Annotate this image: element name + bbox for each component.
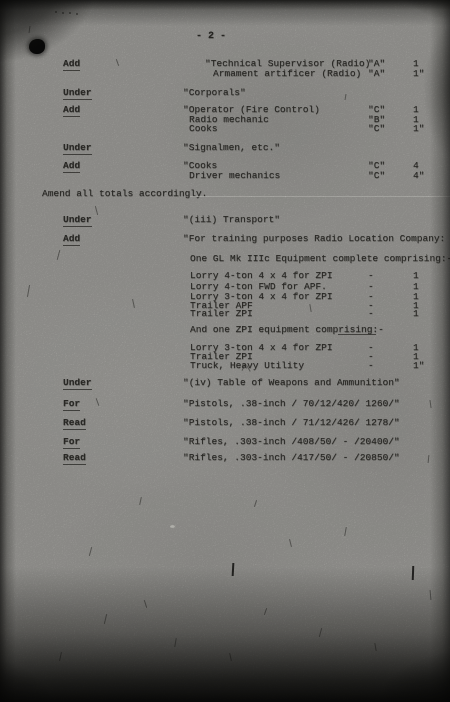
directive-label: Under <box>63 377 92 390</box>
doc-line: Under"Signalmen, etc." <box>0 142 450 154</box>
speck <box>62 12 64 14</box>
doc-line: Cooks"C"1" <box>0 123 450 135</box>
doc-line: Under"(iii) Transport" <box>0 214 450 226</box>
line-text: One GL Mk IIIc Equipment complete compri… <box>190 253 450 264</box>
line-text: Amend all totals accordingly. <box>42 188 207 199</box>
directive-label: For <box>63 398 80 411</box>
scratch-mark <box>139 497 142 505</box>
line-text: "Pistols, .38-inch / 71/12/426/ 1278/" <box>183 417 400 428</box>
dash: - <box>368 360 374 371</box>
directive-label: For <box>63 436 80 449</box>
scratch-mark <box>289 539 292 547</box>
directive-label: Read <box>63 452 86 465</box>
doc-line: Under"(iv) Table of Weapons and Ammuniti… <box>0 377 450 389</box>
doc-line: And one ZPI equipment comprising:- <box>0 324 450 336</box>
trade-grade: "C" <box>368 170 385 181</box>
line-text: Trailer ZPI <box>190 308 253 319</box>
doc-line: Under"Corporals" <box>0 87 450 99</box>
line-text: "Signalmen, etc." <box>183 142 280 153</box>
scanned-document-page: - 2 - Add"Technical Supervisor (Radio)"A… <box>0 0 450 702</box>
line-text: "Rifles, .303-inch /417/50/ - /20850/" <box>183 452 400 463</box>
directive-label: Under <box>63 214 92 227</box>
speck <box>55 11 57 13</box>
quantity: 1" <box>413 123 424 134</box>
scratch-mark <box>319 628 322 637</box>
quantity: 1" <box>413 360 424 371</box>
scratch-mark <box>59 652 62 661</box>
directive-label: Under <box>63 87 92 100</box>
line-text: "For training purposes Radio Location Co… <box>183 233 445 244</box>
speck <box>69 12 71 14</box>
doc-line: Read"Rifles, .303-inch /417/50/ - /20850… <box>0 452 450 464</box>
line-text: Driver mechanics <box>189 170 280 181</box>
doc-line: Amend all totals accordingly. <box>0 188 450 200</box>
scratch-mark <box>344 527 347 536</box>
doc-line: Trailer ZPI-1 <box>0 308 450 320</box>
doc-line: For"Pistols, .38-inch / 70/12/420/ 1260/… <box>0 398 450 410</box>
line-text: Truck, Heavy Utility <box>190 360 304 371</box>
doc-line: Driver mechanics"C"4" <box>0 170 450 182</box>
dash: - <box>368 308 374 319</box>
quantity: 1 <box>413 308 419 319</box>
ink-tick-mark <box>412 566 414 580</box>
doc-line: Read"Pistols, .38-inch / 71/12/426/ 1278… <box>0 417 450 429</box>
directive-label: Under <box>63 142 92 155</box>
scratch-mark <box>174 638 177 647</box>
doc-line: Add"For training purposes Radio Location… <box>0 233 450 245</box>
line-text: "(iii) Transport" <box>183 214 280 225</box>
scratch-mark <box>254 500 257 507</box>
ink-tick-mark <box>232 563 235 576</box>
scratch-mark <box>374 643 376 651</box>
directive-label: Read <box>63 417 86 430</box>
doc-line: Armament artificer (Radio)"A"1" <box>0 68 450 80</box>
trade-grade: "C" <box>368 123 385 134</box>
quantity: 4" <box>413 170 424 181</box>
line-text: "Pistols, .38-inch / 70/12/420/ 1260/" <box>183 398 400 409</box>
line-text: Lorry 4-ton 4 x 4 for ZPI <box>190 270 333 281</box>
doc-line: Truck, Heavy Utility-1" <box>0 360 450 372</box>
directive-label: Add <box>63 233 80 246</box>
doc-line: For"Rifles, .303-inch /408/50/ - /20400/… <box>0 436 450 448</box>
doc-line: One GL Mk IIIc Equipment complete compri… <box>0 253 450 265</box>
scratch-mark <box>264 608 267 615</box>
scratch-mark <box>144 600 147 608</box>
scratch-mark <box>229 653 232 661</box>
line-text: "Rifles, .303-inch /408/50/ - /20400/" <box>183 436 400 447</box>
line-text: And one ZPI equipment comprising:- <box>190 324 384 335</box>
trade-grade: "A" <box>368 68 385 79</box>
scratch-mark <box>104 614 107 624</box>
line-text: "(iv) Table of Weapons and Ammunition" <box>183 377 400 388</box>
line-text: "Corporals" <box>183 87 246 98</box>
scratch-mark <box>29 26 31 33</box>
speck <box>76 13 78 15</box>
dash: - <box>368 270 374 281</box>
line-text: Cooks <box>189 123 218 134</box>
quantity: 1 <box>413 270 419 281</box>
page-number: - 2 - <box>196 31 226 42</box>
scratch-mark <box>89 547 92 556</box>
scratch-mark <box>430 590 432 600</box>
punch-hole-mark <box>29 39 45 54</box>
line-text: Armament artificer (Radio) <box>213 68 361 79</box>
quantity: 1" <box>413 68 424 79</box>
white-fleck <box>170 525 175 528</box>
